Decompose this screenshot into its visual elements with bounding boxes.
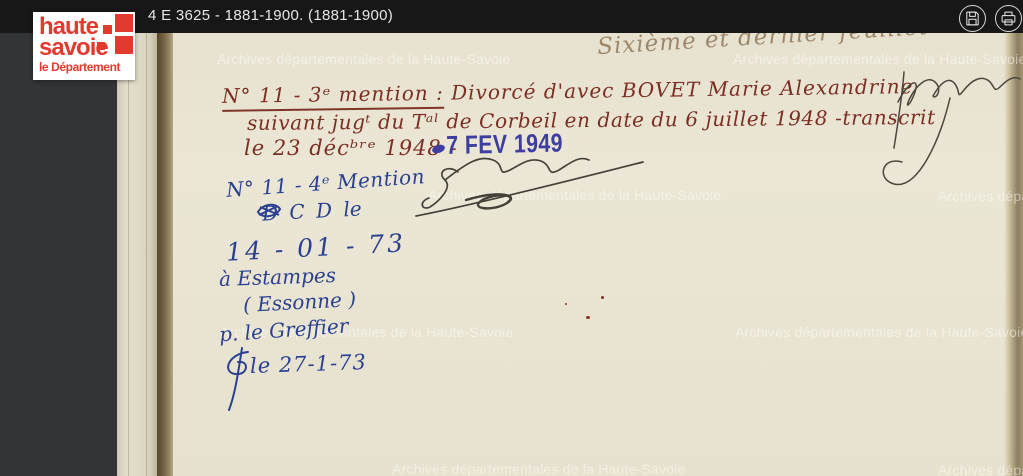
save-button[interactable] (959, 5, 986, 32)
logo-line3: le Département (39, 60, 135, 74)
viewer-toolbar: 4 E 3625 - 1881-1900. (1881-1900) (0, 0, 1023, 33)
handwriting-mention4-line4: à Estampes (219, 263, 337, 291)
handwriting-mention3-line3: le 23 décᵇʳᵉ 1948 - (244, 136, 458, 160)
ink-speck (565, 303, 567, 305)
document-scan[interactable]: Archives départementales de la Haute-Sav… (0, 0, 1023, 476)
ink-speck (586, 316, 590, 319)
savoie-cross-icon (115, 14, 133, 32)
savoie-cross-icon (97, 42, 105, 50)
print-button[interactable] (995, 5, 1022, 32)
page-crease (146, 0, 147, 476)
book-gutter-shadow (157, 0, 173, 476)
archive-viewer: Archives départementales de la Haute-Sav… (0, 0, 1023, 476)
print-icon (1000, 10, 1017, 27)
haute-savoie-logo[interactable]: haute savoie le Département (33, 12, 135, 80)
save-icon (964, 10, 981, 27)
page-right-shadow (1004, 0, 1023, 476)
savoie-cross-icon (103, 25, 112, 34)
document-title: 4 E 3625 - 1881-1900. (1881-1900) (148, 7, 393, 24)
savoie-cross-icon (115, 36, 133, 54)
handwriting-mention4-line7: le 27-1-73 (250, 350, 368, 378)
date-stamp: 7 FEV 1949 (446, 128, 563, 161)
mention3-heading: N° 11 - 3ᵉ mention : (222, 81, 444, 112)
ink-speck (601, 296, 604, 299)
